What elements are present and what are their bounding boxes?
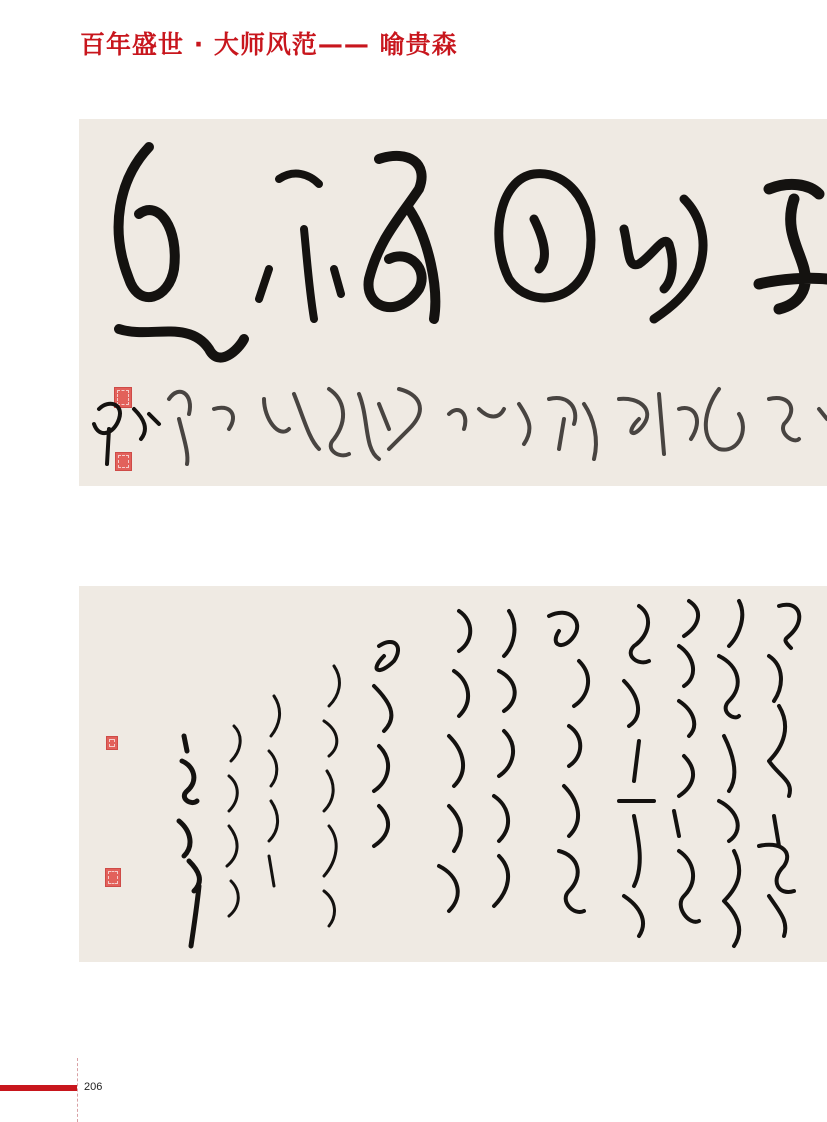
page-number: 206 [84, 1081, 102, 1093]
seal-bottom-lower [105, 868, 121, 887]
page-title: 百年盛世 · 大师风范—— 喻贵森 [80, 28, 458, 62]
seal-bottom-upper [106, 736, 118, 750]
brush-strokes-bottom [79, 586, 827, 962]
signature-top [79, 119, 827, 486]
artwork-bottom-calligraphy: 惜秦皇汉武 略输文采 唐宗宋祖 稍逊风骚 一代天骄 成吉思汗 只识弯弓射大雕 俱… [79, 586, 827, 962]
footer-accent-bar [0, 1085, 77, 1091]
artwork-top-calligraphy: 自强不息 厚德载物 天行健君子以自强不息地势坤君子以厚德载物 [79, 119, 827, 486]
footer-dashed-rule [77, 1058, 78, 1122]
